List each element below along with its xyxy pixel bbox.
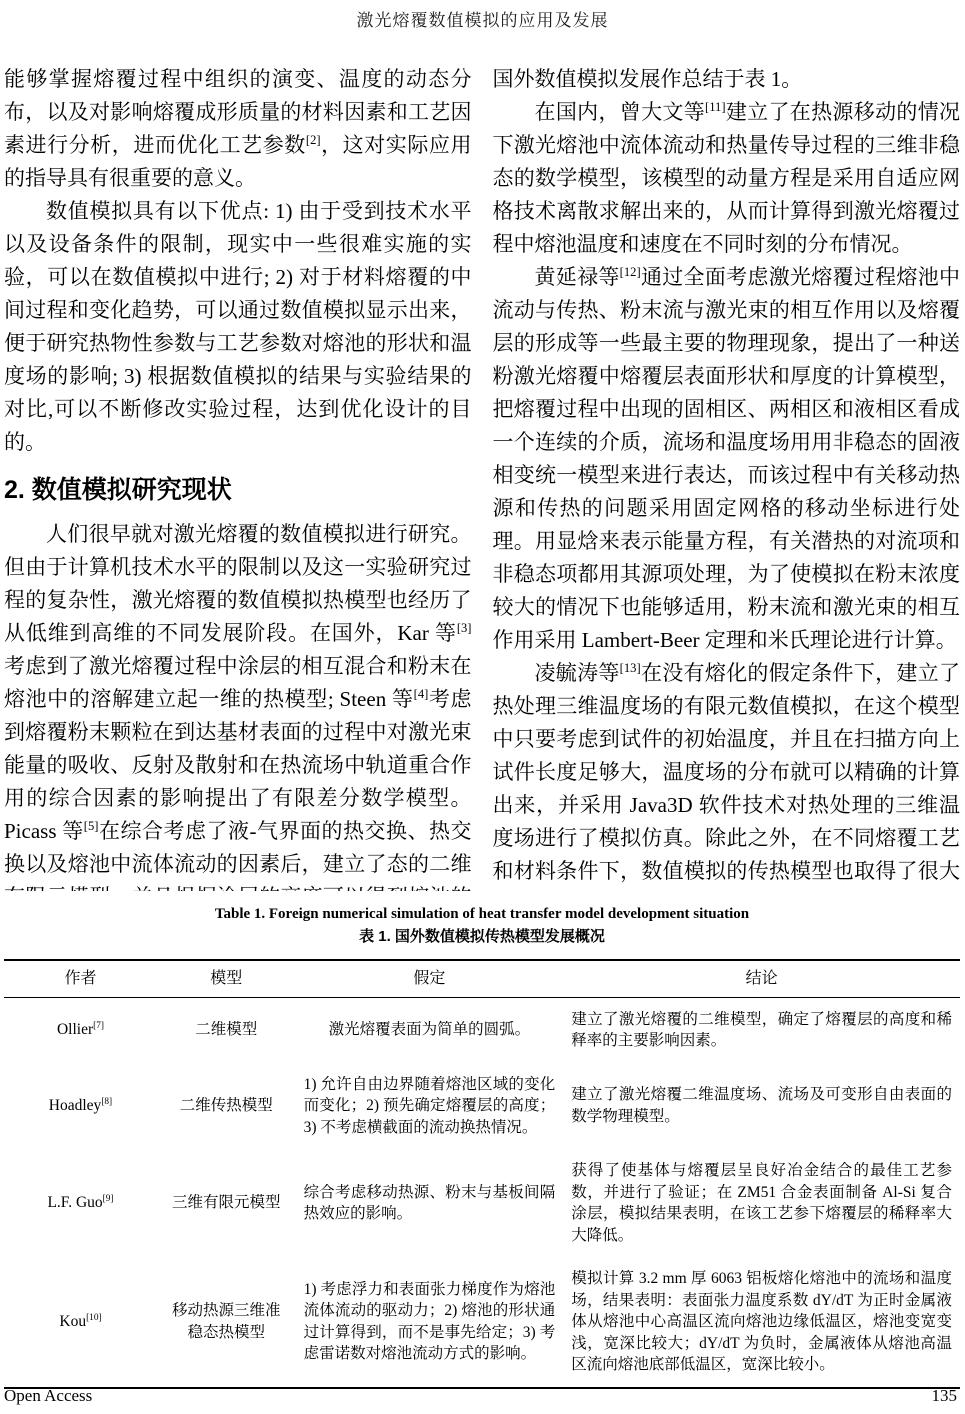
author-cell: L.F. Guo[9] [4,1149,157,1257]
body-columns: 能够掌握熔覆过程中组织的演变、温度的动态分布，以及对影响熔覆成形质量的材料因素和… [0,31,965,891]
table-block: Table 1. Foreign numerical simulation of… [0,905,965,1389]
table-header-assumption: 假定 [296,960,564,997]
model-cell: 三维有限元模型 [157,1149,296,1257]
paper-page: 激光熔覆数值模拟的应用及发展 能够掌握熔覆过程中组织的演变、温度的动态分布，以及… [0,0,965,1414]
assumption-cell: 1) 允许自由边界随着熔池区域的变化而变化；2) 预先确定熔覆层的高度；3) 不… [296,1063,564,1150]
author-cell: Ollier[7] [4,997,157,1063]
conclusion-cell: 模拟计算 3.2 mm 厚 6063 铝板熔化熔池中的流场和温度场，结果表明：表… [563,1257,960,1388]
open-access-label: Open Access [4,1386,92,1406]
literature-table: 作者 模型 假定 结论 Ollier[7] 二维模型 激光熔覆表面为简单的圆弧。… [4,959,960,1389]
table-header-row: 作者 模型 假定 结论 [4,960,960,997]
table-header-model: 模型 [157,960,296,997]
model-cell: 二维模型 [157,997,296,1063]
left-column: 能够掌握熔覆过程中组织的演变、温度的动态分布，以及对影响熔覆成形质量的材料因素和… [4,63,472,891]
paragraph: 黄延禄等[12]通过全面考虑激光熔覆过程熔池中流动与传热、粉末流与激光束的相互作… [493,261,961,657]
table-header-conclusion: 结论 [563,960,960,997]
table-row: L.F. Guo[9] 三维有限元模型 综合考虑移动热源、粉末与基板间隔热效应的… [4,1149,960,1257]
conclusion-cell: 获得了使基体与熔覆层呈良好冶金结合的最佳工艺参数，并进行了验证；在 ZM51 合… [563,1149,960,1257]
page-number: 135 [932,1386,958,1406]
page-footer: Open Access 135 [4,1386,957,1406]
table-row: Kou[10] 移动热源三维准稳态热模型 1) 考虑浮力和表面张力梯度作为熔池流… [4,1257,960,1388]
table-row: Hoadley[8] 二维传热模型 1) 允许自由边界随着熔池区域的变化而变化；… [4,1063,960,1150]
running-head-title: 激光熔覆数值模拟的应用及发展 [0,0,965,31]
table-row: Ollier[7] 二维模型 激光熔覆表面为简单的圆弧。 建立了激光熔覆的二维模… [4,997,960,1063]
model-cell: 移动热源三维准稳态热模型 [157,1257,296,1388]
paragraph: 在国内，曾大文等[11]建立了在热源移动的情况下激光熔池中流体流动和热量传导过程… [493,96,961,261]
author-cell: Hoadley[8] [4,1063,157,1150]
right-column: 国外数值模拟发展作总结于表 1。 在国内，曾大文等[11]建立了在热源移动的情况… [493,63,961,891]
author-cell: Kou[10] [4,1257,157,1388]
model-cell: 二维传热模型 [157,1063,296,1150]
table-caption-english: Table 1. Foreign numerical simulation of… [4,905,960,924]
conclusion-cell: 建立了激光熔覆的二维模型，确定了熔覆层的高度和稀释率的主要影响因素。 [563,997,960,1063]
paragraph: 凌毓涛等[13]在没有熔化的假定条件下，建立了热处理三维温度场的有限元数值模拟，… [493,657,961,891]
assumption-cell: 激光熔覆表面为简单的圆弧。 [296,997,564,1063]
assumption-cell: 1) 考虑浮力和表面张力梯度作为熔池流体流动的驱动力；2) 熔池的形状通过计算得… [296,1257,564,1388]
section-heading: 2. 数值模拟研究现状 [4,475,472,505]
paragraph: 国外数值模拟发展作总结于表 1。 [493,63,961,96]
paragraph: 人们很早就对激光熔覆的数值模拟进行研究。但由于计算机技术水平的限制以及这一实验研… [4,518,472,891]
conclusion-cell: 建立了激光熔覆二维温度场、流场及可变形自由表面的数学物理模型。 [563,1063,960,1150]
paragraph: 能够掌握熔覆过程中组织的演变、温度的动态分布，以及对影响熔覆成形质量的材料因素和… [4,63,472,195]
assumption-cell: 综合考虑移动热源、粉末与基板间隔热效应的影响。 [296,1149,564,1257]
table-caption-chinese: 表 1. 国外数值模拟传热模型发展概况 [4,927,960,946]
table-header-author: 作者 [4,960,157,997]
paragraph: 数值模拟具有以下优点: 1) 由于受到技术水平以及设备条件的限制，现实中一些很难… [4,195,472,459]
